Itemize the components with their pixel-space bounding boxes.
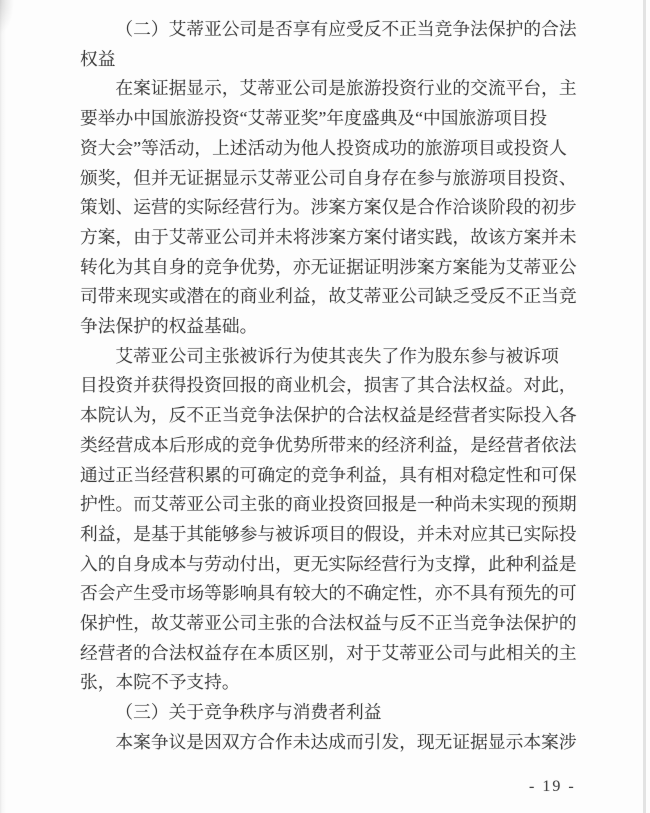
text-line: 护性。而艾蒂亚公司主张的商业投资回报是一种尚未实现的预期 xyxy=(80,490,600,520)
text-line: 入的自身成本与劳动付出，更无实际经营行为支撑，此种利益是 xyxy=(80,550,600,580)
section-heading-2: （二）艾蒂亚公司是否享有应受反不正当竞争法保护的合法权益 xyxy=(80,15,600,74)
document-body: （二）艾蒂亚公司是否享有应受反不正当竞争法保护的合法权益在案证据显示，艾蒂亚公司… xyxy=(80,15,600,758)
text-line: 类经营成本后形成的竞争优势所带来的经济利益，是经营者依法 xyxy=(80,431,600,461)
text-line: 权益 xyxy=(80,45,600,75)
text-line: 保护性，故艾蒂亚公司主张的合法权益与反不正当竞争法保护的 xyxy=(80,609,600,639)
page-number: - 19 - xyxy=(529,778,576,796)
text-line: 司带来现实或潜在的商业利益，故艾蒂亚公司缺乏受反不正当竞 xyxy=(80,282,600,312)
text-line: 转化为其自身的竞争优势，亦无证据证明涉案方案能为艾蒂亚公 xyxy=(80,253,600,283)
scan-edge-right xyxy=(643,0,646,813)
text-line: 目投资并获得投资回报的商业机会，损害了其合法权益。对此， xyxy=(80,371,600,401)
paragraph-evidence: 在案证据显示，艾蒂亚公司是旅游投资行业的交流平台，主要举办中国旅游投资“艾蒂亚奖… xyxy=(80,74,600,341)
text-line: （二）艾蒂亚公司是否享有应受反不正当竞争法保护的合法 xyxy=(80,15,600,45)
text-line: 策划、运营的实际经营行为。涉案方案仅是合作洽谈阶段的初步 xyxy=(80,193,600,223)
document-page: （二）艾蒂亚公司是否享有应受反不正当竞争法保护的合法权益在案证据显示，艾蒂亚公司… xyxy=(0,0,650,813)
text-line: 通过正当经营积累的可确定的竞争利益，具有相对稳定性和可保 xyxy=(80,461,600,491)
text-line: 张，本院不予支持。 xyxy=(80,668,600,698)
text-line: 资大会”等活动，上述活动为他人投资成功的旅游项目或投资人 xyxy=(80,134,600,164)
text-line: （三）关于竞争秩序与消费者利益 xyxy=(80,698,600,728)
text-line: 经营者的合法权益存在本质区别，对于艾蒂亚公司与此相关的主 xyxy=(80,639,600,669)
scan-corner-smudge xyxy=(0,0,14,34)
text-line: 利益，是基于其能够参与被诉项目的假设，并未对应其已实际投 xyxy=(80,520,600,550)
text-line: 要举办中国旅游投资“艾蒂亚奖”年度盛典及“中国旅游项目投 xyxy=(80,104,600,134)
text-line: 艾蒂亚公司主张被诉行为使其丧失了作为股东参与被诉项 xyxy=(80,342,600,372)
text-line: 本院认为，反不正当竞争法保护的合法权益是经营者实际投入各 xyxy=(80,401,600,431)
text-line: 颁奖，但并无证据显示艾蒂亚公司自身存在参与旅游项目投资、 xyxy=(80,164,600,194)
text-line: 方案，由于艾蒂亚公司并未将涉案方案付诸实践，故该方案并未 xyxy=(80,223,600,253)
text-line: 争法保护的权益基础。 xyxy=(80,312,600,342)
text-line: 否会产生受市场等影响具有较大的不确定性，亦不具有预先的可 xyxy=(80,579,600,609)
paragraph-court-opinion: 艾蒂亚公司主张被诉行为使其丧失了作为股东参与被诉项目投资并获得投资回报的商业机会… xyxy=(80,342,600,698)
text-line: 在案证据显示，艾蒂亚公司是旅游投资行业的交流平台，主 xyxy=(80,74,600,104)
scan-edge-left xyxy=(0,0,6,813)
paragraph-dispute: 本案争议是因双方合作未达成而引发，现无证据显示本案涉 xyxy=(80,728,600,758)
section-heading-3: （三）关于竞争秩序与消费者利益 xyxy=(80,698,600,728)
text-line: 本案争议是因双方合作未达成而引发，现无证据显示本案涉 xyxy=(80,728,600,758)
